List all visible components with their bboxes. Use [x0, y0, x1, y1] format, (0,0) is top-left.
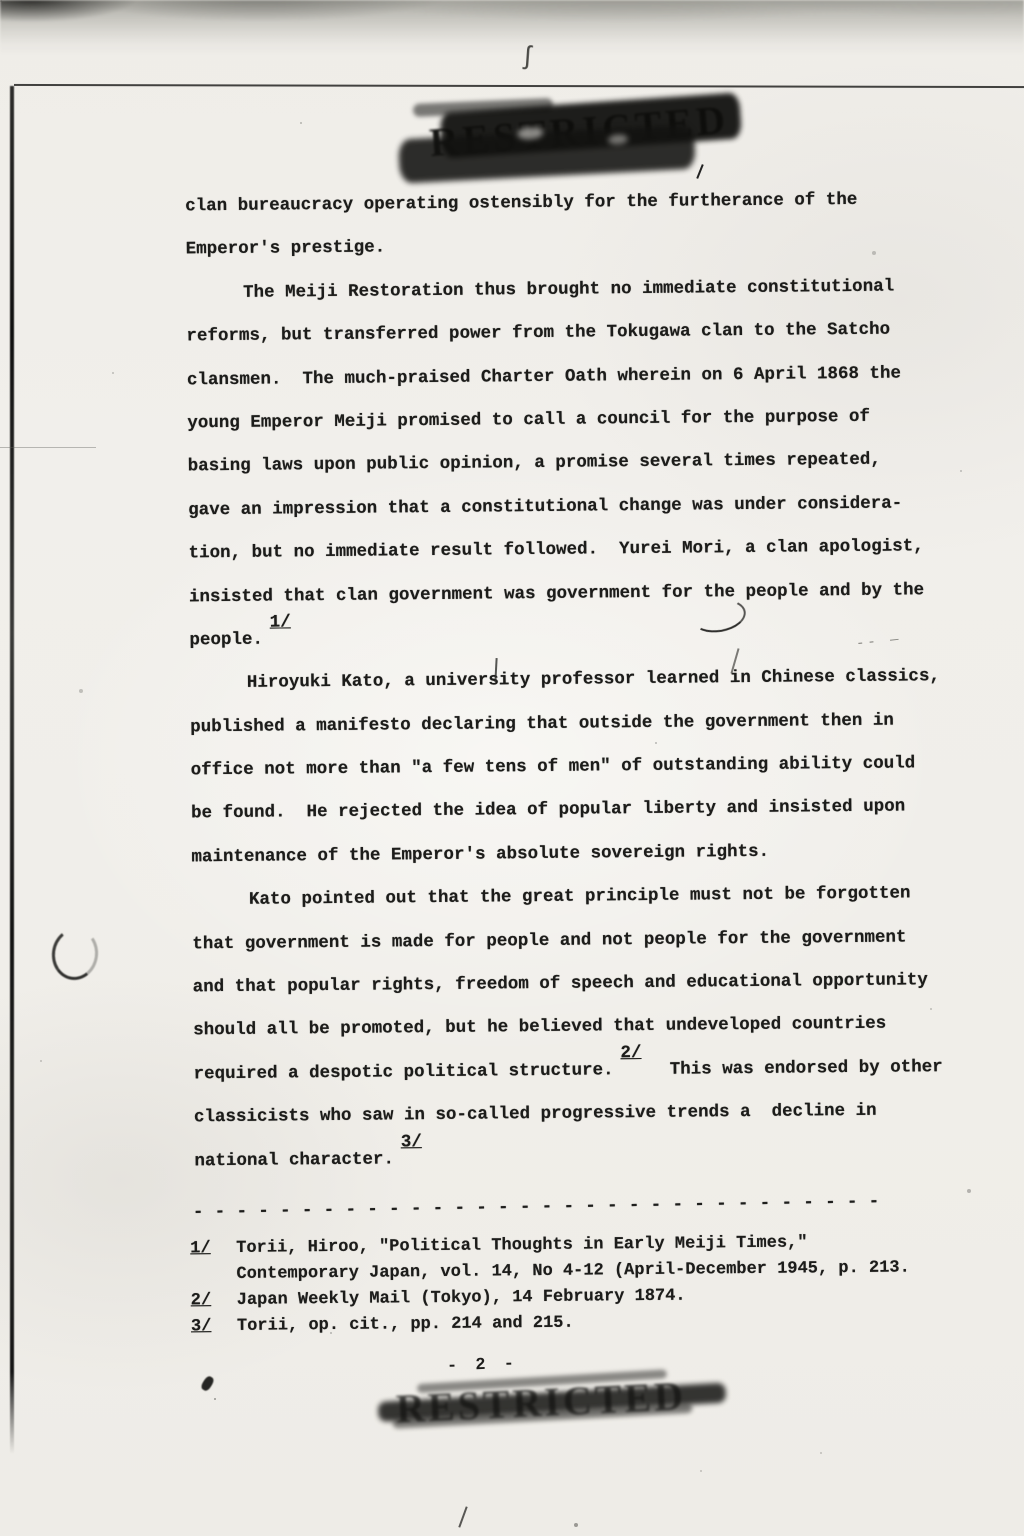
- line-text: national character.: [194, 1149, 394, 1171]
- text-line: required a despotic political structure.…: [193, 1057, 963, 1108]
- text-line: insisted that clan government was govern…: [189, 579, 959, 630]
- footnote-separator: - - - - - - - - - - - - - - - - - - - - …: [193, 1191, 903, 1222]
- text-line: The Meiji Restoration thus brought no im…: [186, 276, 956, 327]
- text-line: national character.3/: [194, 1144, 964, 1195]
- footnote-marker: 2/: [191, 1288, 237, 1314]
- typed-text-block: clan bureaucracy operating ostensibly fo…: [0, 0, 1024, 1536]
- text-line: be found. He rejected the idea of popula…: [191, 796, 961, 847]
- text-line: Emperor's prestige.: [186, 232, 956, 283]
- restricted-stamp-struck: RESTRICTED: [386, 1356, 729, 1449]
- text-line: should all be promoted, but he believed …: [193, 1013, 963, 1064]
- footnote-text: Torii, Hiroo, "Political Thoughts in Ear…: [236, 1229, 910, 1287]
- page-number: - 2 -: [447, 1355, 519, 1376]
- text-line: Hiroyuki Kato, a university professor le…: [190, 666, 960, 717]
- line-text: Emperor's prestige.: [186, 238, 386, 260]
- line-text: This was endorsed by other: [670, 1057, 943, 1080]
- text-line: that government is made for people and n…: [192, 927, 962, 978]
- text-line: published a manifesto declaring that out…: [190, 710, 960, 761]
- text-line: Kato pointed out that the great principl…: [192, 883, 962, 934]
- text-line: basing laws upon public opinion, a promi…: [188, 449, 958, 500]
- text-line: clan bureaucracy operating ostensibly fo…: [185, 189, 955, 240]
- text-line: maintenance of the Emperor's absolute so…: [191, 840, 961, 891]
- footnote-text: Japan Weekly Mail (Tokyo), 14 February 1…: [237, 1284, 686, 1314]
- footnote-marker: 1/: [190, 1236, 236, 1262]
- footnote-reference: 2/: [620, 1043, 641, 1063]
- footnote: 1/Torii, Hiroo, "Political Thoughts in E…: [190, 1229, 910, 1288]
- text-line: gave an impression that a constitutional…: [188, 493, 958, 544]
- text-line: reforms, but transferred power from the …: [186, 319, 956, 370]
- footnote-reference: 3/: [401, 1132, 422, 1152]
- footnote-line: Torii, op. cit., pp. 214 and 215.: [237, 1311, 574, 1340]
- text-line: people.1/: [189, 623, 959, 674]
- scan-speckles: [0, 0, 2, 2]
- text-line: clansmen. The much-praised Charter Oath …: [187, 363, 957, 414]
- footnote: 3/Torii, op. cit., pp. 214 and 215.: [191, 1307, 911, 1340]
- body-text: clan bureaucracy operating ostensibly fo…: [185, 189, 965, 1194]
- footnote-marker: 3/: [191, 1314, 237, 1340]
- footnote-text: Torii, op. cit., pp. 214 and 215.: [237, 1311, 574, 1340]
- footnote-reference: 1/: [270, 612, 291, 632]
- scanned-document-page: ʃ RESTRICTED clan bureaucracy operating …: [0, 0, 1024, 1536]
- line-text: clan bureaucracy operating ostensibly fo…: [185, 190, 857, 216]
- footnote-line: Japan Weekly Mail (Tokyo), 14 February 1…: [237, 1284, 686, 1314]
- text-line: tion, but no immediate result followed. …: [188, 536, 958, 587]
- line-text: required a despotic political structure.: [193, 1060, 613, 1084]
- text-line: classicists who saw in so-called progres…: [194, 1100, 964, 1151]
- line-text: people.: [189, 630, 263, 651]
- footnotes: 1/Torii, Hiroo, "Political Thoughts in E…: [190, 1229, 910, 1340]
- line-text: maintenance of the Emperor's absolute so…: [191, 842, 769, 868]
